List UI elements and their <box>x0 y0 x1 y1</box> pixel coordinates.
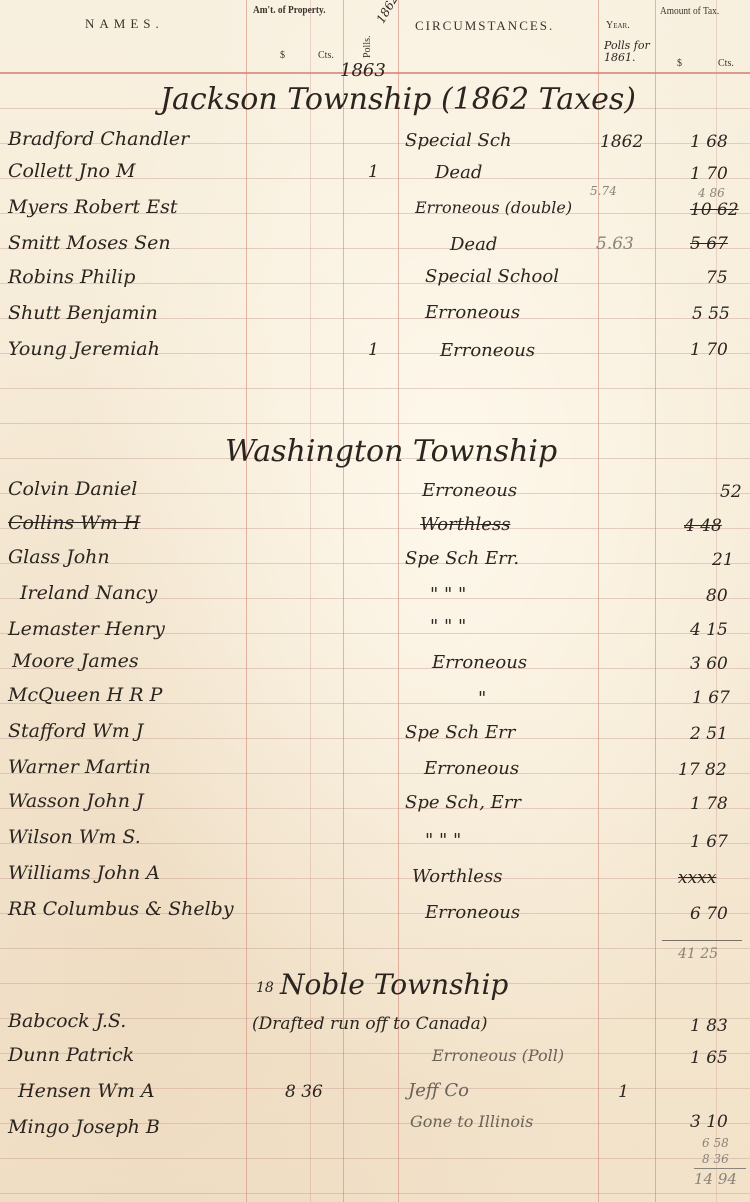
ruling-line <box>0 563 750 564</box>
row-name: McQueen H R P <box>8 684 162 706</box>
row-circumstance: Spe Sch Err <box>405 722 515 743</box>
header-polls: Polls. <box>362 35 373 58</box>
row-circumstance: Spe Sch Err. <box>405 548 519 569</box>
row-tax: 10 62 <box>690 200 739 220</box>
row-circumstance: Spe Sch, Err <box>405 792 521 813</box>
row-name: Colvin Daniel <box>8 478 137 500</box>
row-name: Ireland Nancy <box>20 582 157 604</box>
row-name: Warner Martin <box>8 756 151 778</box>
row-circumstance: Special Sch <box>405 130 512 151</box>
row-name: Myers Robert Est <box>8 196 177 218</box>
row-circumstance: Gone to Illinois <box>410 1112 533 1131</box>
ruling-line <box>0 948 750 949</box>
row-name: Williams John A <box>8 862 160 884</box>
row-name: Dunn Patrick <box>8 1044 134 1066</box>
row-circumstance: " " " <box>430 584 466 605</box>
row-name: RR Columbus & Shelby <box>8 898 234 920</box>
header-circumstances: CIRCUMSTANCES. <box>415 18 554 34</box>
header-year: Year. <box>606 20 630 31</box>
row-polls: 1 <box>368 162 379 182</box>
row-tax: 1 67 <box>690 832 728 852</box>
row-tax: 3 60 <box>690 654 728 674</box>
row-tax: 1 78 <box>690 794 728 814</box>
sum-rule <box>694 1168 746 1169</box>
row-name: Wilson Wm S. <box>8 826 141 848</box>
row-tax: xxxx <box>678 868 716 888</box>
row-circumstance: Dead <box>450 234 497 255</box>
header-tax-dollars: $ <box>677 58 682 69</box>
row-property: 8 36 <box>285 1082 323 1102</box>
row-tax: 1 65 <box>690 1048 728 1068</box>
ledger-page: NAMES. Am't. of Property. $ Cts. Polls. … <box>0 0 750 1202</box>
row-tax: 52 <box>720 482 742 502</box>
ruling-line <box>0 1158 750 1159</box>
row-tax: 21 <box>712 550 734 570</box>
row-name: Glass John <box>8 546 110 568</box>
row-year-pencil: 5.74 <box>590 184 617 198</box>
row-year: 1862 <box>600 132 643 152</box>
row-circumstance: Erroneous (Poll) <box>432 1046 564 1065</box>
row-circumstance: Erroneous <box>422 480 517 501</box>
row-circumstance: Erroneous <box>425 302 520 323</box>
row-name: Moore James <box>12 650 139 672</box>
polls-year-annotation: 1862 <box>374 0 401 26</box>
row-name-struck: Collins Wm H <box>8 512 140 534</box>
row-year: 1 <box>618 1082 629 1102</box>
sum-line-1: 6 58 <box>702 1136 729 1150</box>
row-name: Shutt Benjamin <box>8 302 158 324</box>
section-title-noble: Noble Township <box>280 968 508 1001</box>
row-tax: 6 70 <box>690 904 728 924</box>
row-tax: 17 82 <box>678 760 727 780</box>
row-tax: 1 70 <box>690 340 728 360</box>
row-circumstance: " " " <box>425 830 461 851</box>
row-circumstance: Worthless <box>412 866 502 887</box>
header-property-dollars: $ <box>280 50 285 61</box>
row-circumstance: Dead <box>435 162 482 183</box>
section-title-jackson: Jackson Township (1862 Taxes) <box>160 82 636 117</box>
row-name: Smitt Moses Sen <box>8 232 171 254</box>
row-tax: 2 51 <box>690 724 728 744</box>
row-name: Babcock J.S. <box>8 1010 126 1032</box>
sum-total: 14 94 <box>694 1170 737 1188</box>
row-name: Robins Philip <box>8 266 135 288</box>
row-circumstance: " <box>478 688 486 709</box>
row-circumstance: Erroneous <box>432 652 527 673</box>
row-circumstance: Erroneous <box>424 758 519 779</box>
header-property-cents: Cts. <box>318 50 334 61</box>
row-year-pencil: 5.63 <box>596 234 634 254</box>
row-tax: 4 48 <box>684 516 722 536</box>
header-tax-cents: Cts. <box>718 58 734 69</box>
row-name: Lemaster Henry <box>8 618 165 640</box>
row-circumstance: Erroneous (double) <box>415 198 572 217</box>
row-name: Wasson John J <box>8 790 144 812</box>
subtotal-rule <box>662 940 742 941</box>
column-line <box>655 0 656 1202</box>
column-line <box>246 0 247 1202</box>
row-name: Hensen Wm A <box>18 1080 155 1102</box>
sum-line-2: 8 36 <box>702 1152 729 1166</box>
row-tax: 75 <box>706 268 728 288</box>
section-year-mark: 1863 <box>340 60 386 81</box>
row-tax-note: 4 86 <box>698 186 725 200</box>
ruling-line <box>0 1193 750 1194</box>
row-tax: 5 67 <box>690 234 728 254</box>
row-tax: 4 15 <box>690 620 728 640</box>
row-tax: 1 70 <box>690 164 728 184</box>
row-tax: 1 83 <box>690 1016 728 1036</box>
header-amount-of-property: Am't. of Property. <box>253 4 326 16</box>
row-name: Stafford Wm J <box>8 720 143 742</box>
row-tax: 1 67 <box>692 688 730 708</box>
subtotal-washington: 41 25 <box>678 946 718 962</box>
ruling-line <box>0 423 750 424</box>
row-name: Collett Jno M <box>8 160 135 182</box>
row-tax: 1 68 <box>690 132 728 152</box>
header-names: NAMES. <box>85 16 164 32</box>
row-circumstance: Erroneous <box>425 902 520 923</box>
row-circumstance: Worthless <box>420 514 510 535</box>
row-circumstance: Special School <box>425 266 559 287</box>
row-tax: 3 10 <box>690 1112 728 1132</box>
column-line <box>598 0 599 1202</box>
row-circumstance: Jeff Co <box>408 1080 469 1101</box>
row-circumstance: Erroneous <box>440 340 535 361</box>
ruling-line <box>0 388 750 389</box>
row-name: Young Jeremiah <box>8 338 160 360</box>
row-circumstance: (Drafted run off to Canada) <box>252 1014 487 1034</box>
row-circumstance: " " " <box>430 616 466 637</box>
row-tax: 80 <box>706 586 728 606</box>
row-polls: 1 <box>368 340 379 360</box>
section-year-mark: 18 <box>256 980 274 996</box>
row-name: Bradford Chandler <box>8 128 189 150</box>
row-name: Mingo Joseph B <box>8 1116 160 1138</box>
section-title-washington: Washington Township <box>225 434 557 469</box>
year-annotation: Polls for 1861. <box>604 40 654 64</box>
row-tax: 5 55 <box>692 304 730 324</box>
header-amount-of-tax: Amount of Tax. <box>660 5 719 17</box>
